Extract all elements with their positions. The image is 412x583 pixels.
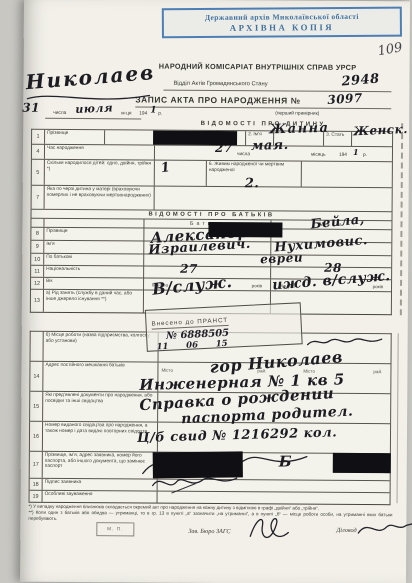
- paper-sheet: Державний архів Миколаївської області АР…: [20, 0, 410, 583]
- reg-day-label: числа: [53, 111, 66, 116]
- section-title-child: ВІДОМОСТІ ПРО ДИТИНУ: [163, 121, 363, 128]
- row-number: 19: [30, 491, 43, 502]
- archive-stamp-line1: Державний архів Миколаївської області: [205, 12, 359, 22]
- redaction-box-child-surname: [153, 131, 237, 146]
- row-children-count: 5 Скільки народилося дітей: одно, двійня…: [32, 160, 392, 189]
- reg-month-label: м-ця: [121, 111, 131, 116]
- label-children-count: Скільки народилося дітей: одно, двійня, …: [45, 160, 155, 186]
- scanned-birth-record-page: { "archive_stamp": { "line1": "Державний…: [0, 0, 412, 583]
- clerk-signature: [356, 515, 412, 541]
- reg-day-handwritten: 31: [22, 101, 40, 115]
- row-number: 8: [31, 228, 44, 240]
- header-dept-label: Відділ Актів Громадянського Стану: [173, 81, 267, 88]
- child-firstname-handwritten: Жанна: [269, 121, 330, 138]
- header-title: ЗАПИС АКТА ПРО НАРОДЖЕННЯ №: [135, 94, 300, 105]
- page-number-handwritten: 109: [377, 40, 404, 59]
- children-count-handwritten: 1: [160, 160, 171, 176]
- redaction-box-applicant-2: [333, 453, 391, 473]
- row-number: 11: [31, 266, 44, 277]
- header-org: НАРОДНИЙ КОМІСАРІАТ ВНУТРІШНІХ СПРАВ УРС…: [122, 61, 394, 72]
- label-workplace: б) Місце роботи (назва підприємства, кол…: [44, 332, 159, 362]
- reg-year-handwritten: 1: [150, 106, 157, 116]
- row-number: 10: [31, 254, 44, 265]
- spacer-cell: [31, 219, 44, 227]
- birth-order-cell: [155, 187, 392, 212]
- dept-number-handwritten: 2948: [341, 72, 380, 90]
- label-age: Вік: [44, 278, 144, 290]
- row-number: 14: [30, 362, 43, 391]
- zags-head-label: Зав. Бюро ЗАГС: [188, 528, 230, 535]
- row-number: 9: [31, 241, 44, 253]
- child-sex-handwritten: Женск.: [353, 122, 408, 138]
- birth-year-prefix: 194: [339, 153, 347, 158]
- label-child-surname: Прізвище: [45, 130, 105, 144]
- section-title-parents: ВІДОМОСТІ ПРО БАТЬКІВ: [148, 212, 274, 219]
- reg-year-suffix: р.: [158, 112, 162, 117]
- archive-stamp: Державний архів Миколаївської області АР…: [162, 7, 402, 39]
- redaction-box-applicant-1: [153, 451, 243, 478]
- seal-placeholder-box: М. П.: [96, 522, 134, 536]
- label-nationality: Національність: [44, 266, 144, 278]
- zags-head-signature: [246, 512, 292, 548]
- footnote-2: **) Коли один з батьків або обидва — утр…: [28, 510, 392, 524]
- label-occupation: а) Рід занять (службу в даний час, або і…: [44, 290, 144, 313]
- address-hint-raion: рай.: [373, 369, 382, 374]
- footnotes: *) У випадку народження близнюків склада…: [28, 504, 392, 524]
- spacer-cell: [44, 219, 144, 228]
- nationality-handwritten: евреи: [260, 251, 303, 267]
- archive-stamp-line2: АРХІВНА КОПІЯ: [230, 22, 334, 33]
- reg-year-prefix: 194: [139, 111, 147, 116]
- row-number: 16: [30, 422, 43, 451]
- special-notes-cell: [158, 492, 390, 505]
- born-alive-cell: [302, 162, 392, 188]
- illegible-handwriting: [306, 335, 386, 350]
- row-number: 1: [32, 130, 45, 144]
- label-patronymic: По батькові: [44, 254, 144, 266]
- row-special-notes: 19 Особливі зауваження: [30, 491, 390, 505]
- act-number-handwritten: 3097: [327, 91, 363, 107]
- row-number: 18: [30, 479, 43, 490]
- row-number: 7: [32, 186, 45, 209]
- right-margin-line: [397, 333, 399, 503]
- label-parent-surname: Прізвище: [44, 228, 144, 241]
- registration-stamp: Внесено до ПРАНСТ № 6888505 11 06 15: [145, 302, 303, 352]
- birth-year-suffix: р.: [363, 153, 367, 158]
- birth-day-label: числа: [237, 152, 250, 157]
- address-hint-city: Місто: [161, 368, 173, 373]
- clerk-label: Діловод: [336, 527, 356, 534]
- age-suffix: років: [252, 283, 262, 288]
- label-parent-firstname: Ім’я: [44, 241, 144, 254]
- birth-month-label: місяць: [311, 153, 326, 158]
- row-number: 13: [31, 290, 44, 312]
- row-number: 4: [32, 145, 45, 159]
- label-special-notes: Особливі зауваження: [43, 491, 158, 503]
- birth-year-handwritten: 1: [353, 147, 359, 157]
- label-birth-order: Яка по черзі дитина у матері (враховуючи…: [45, 186, 155, 210]
- row-birth-order: 7 Яка по черзі дитина у матері (враховую…: [32, 186, 392, 213]
- perforation-dashes: [400, 123, 403, 315]
- row-number: [31, 332, 44, 361]
- header-rule-2: [135, 106, 391, 109]
- reg-month-handwritten: июля: [75, 101, 113, 116]
- redaction-box-father-surname: [208, 222, 282, 238]
- row-number: 12: [31, 278, 44, 289]
- label-birth-time: Час народження: [45, 145, 155, 160]
- header-rule-3: [45, 118, 141, 120]
- copy-note: (перший примірник): [275, 111, 319, 116]
- birth-month-handwritten: мая.: [251, 138, 289, 154]
- row-number: 17: [30, 452, 43, 478]
- birth-order-handwritten: 2.: [245, 176, 260, 191]
- row-number: 5: [32, 160, 45, 185]
- applicant-initial-handwritten: Б: [279, 452, 292, 470]
- father-age-handwritten: 27: [180, 262, 198, 276]
- row-number: 15: [30, 392, 43, 421]
